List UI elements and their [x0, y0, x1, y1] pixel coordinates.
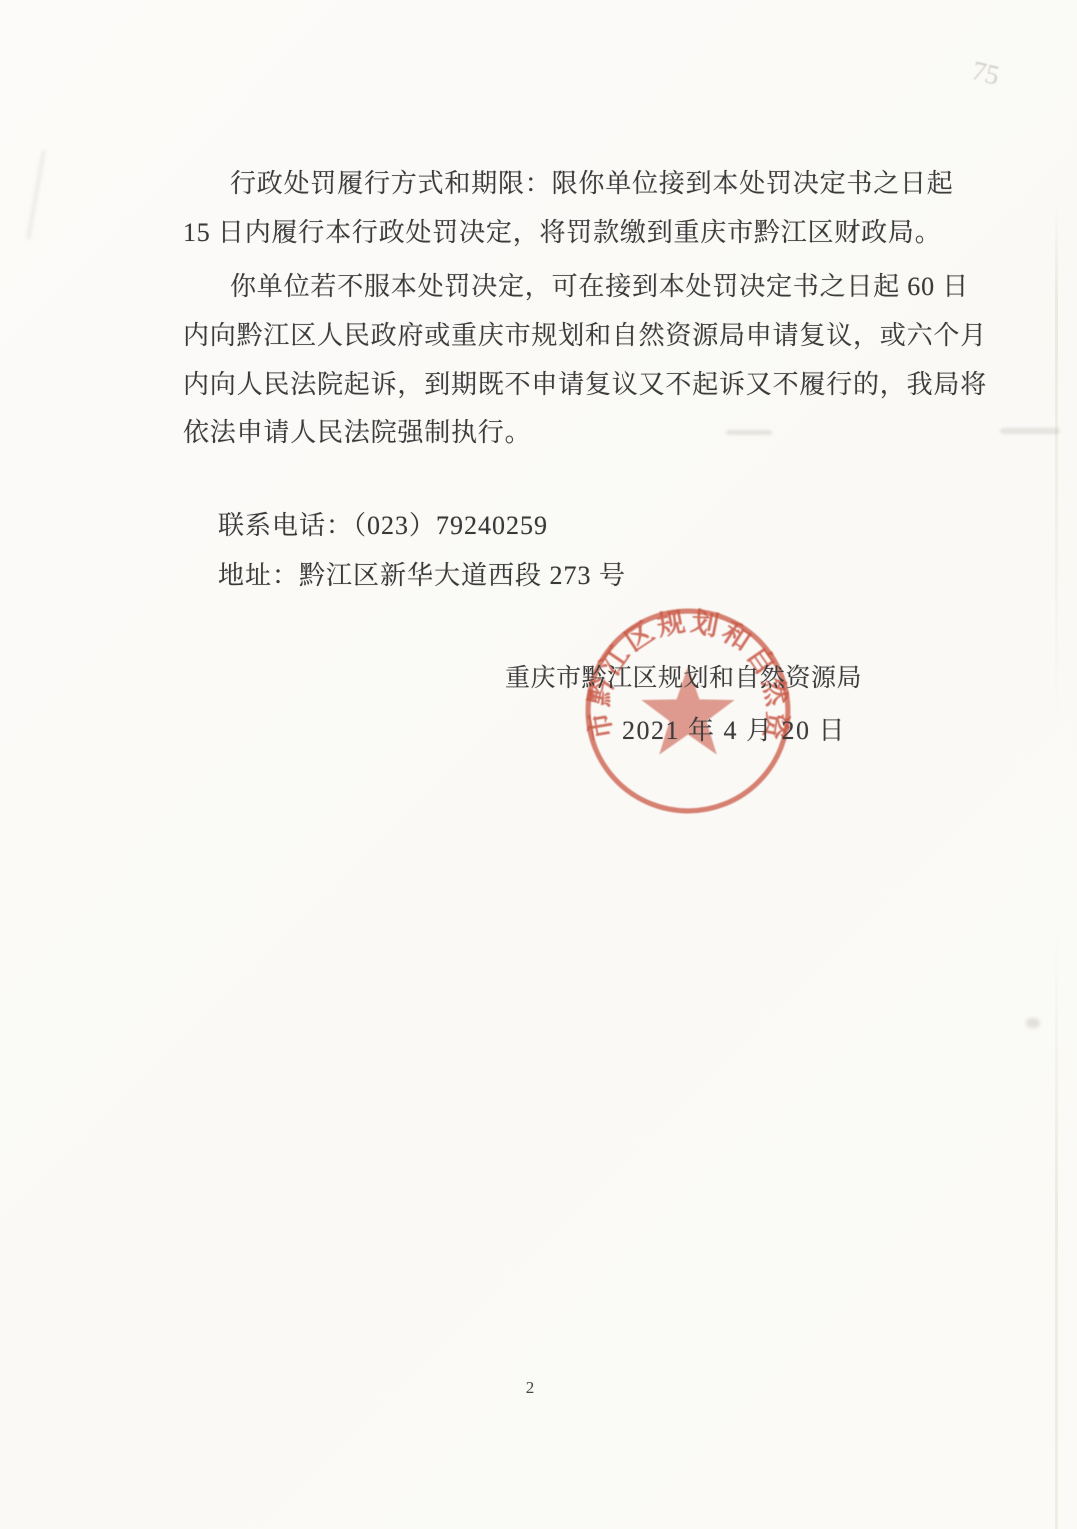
scan-fold-line — [1055, 200, 1058, 1529]
issuer-name: 重庆市黔江区规划和自然资源局 — [505, 658, 862, 694]
paragraph2-line3: 内向人民法院起诉，到期既不申请复议又不起诉又不履行的，我局将 — [183, 364, 987, 401]
document-page: 75 行政处罚履行方式和期限：限你单位接到本处罚决定书之日起 15 日内履行本行… — [0, 0, 1077, 1529]
paragraph2-line2: 内向黔江区人民政府或重庆市规划和自然资源局申请复议，或六个月 — [183, 315, 987, 352]
issue-date: 2021 年 4 月 20 日 — [622, 710, 846, 747]
scan-smudge — [1026, 1018, 1040, 1028]
scan-smudge — [726, 430, 772, 435]
scan-smudge — [26, 150, 46, 239]
page-number: 2 — [518, 1378, 542, 1398]
pencil-annotation: 75 — [969, 55, 1003, 92]
contact-address: 地址：黔江区新华大道西段 273 号 — [218, 555, 626, 592]
paragraph2-line4: 依法申请人民法院强制执行。 — [183, 412, 531, 449]
contact-phone: 联系电话：（023）79240259 — [218, 505, 548, 542]
scan-smudge — [1000, 428, 1060, 434]
paragraph1-line1: 行政处罚履行方式和期限：限你单位接到本处罚决定书之日起 — [230, 163, 954, 200]
paragraph2-line1: 你单位若不服本处罚决定，可在接到本处罚决定书之日起 60 日 — [230, 266, 969, 303]
paragraph1-line2: 15 日内履行本行政处罚决定，将罚款缴到重庆市黔江区财政局。 — [183, 212, 942, 249]
